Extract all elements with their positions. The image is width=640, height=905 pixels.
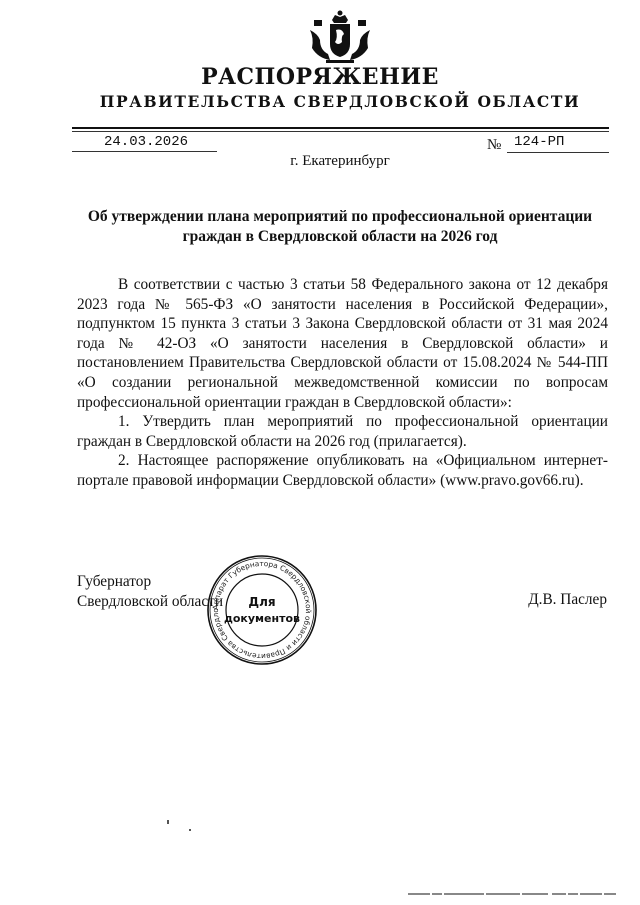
document-body: В соответствии с частью 3 статьи 58 Феде… <box>77 275 608 491</box>
header-divider-thin <box>72 131 609 132</box>
footer-print-line <box>408 884 618 890</box>
document-date: 24.03.2026 <box>104 134 188 150</box>
date-underline <box>72 151 217 152</box>
document-type: РАСПОРЯЖЕНИЕ <box>0 64 640 90</box>
preamble-paragraph: В соответствии с частью 3 статьи 58 Феде… <box>77 275 608 412</box>
document-title: Об утверждении плана мероприятий по проф… <box>80 207 600 247</box>
signatory-position-line2: Свердловской области <box>77 592 223 612</box>
item-paragraph-1: 1. Утвердить план мероприятий по професс… <box>77 412 608 451</box>
official-stamp: Аппарат Губернатора Свердловской области… <box>206 554 318 666</box>
document-issuer: ПРАВИТЕЛЬСТВА СВЕРДЛОВСКОЙ ОБЛАСТИ <box>0 92 640 111</box>
scan-mark <box>167 820 169 824</box>
signatory-position-line1: Губернатор <box>77 572 223 592</box>
number-sign: № <box>487 137 501 154</box>
document-city: г. Екатеринбург <box>0 153 640 170</box>
stamp-center-line2: документов <box>224 612 300 625</box>
document-number: 124-РП <box>514 134 564 150</box>
stamp-center-line1: Для <box>248 595 275 609</box>
signatory-position: Губернатор Свердловской области <box>77 572 223 611</box>
signatory-name: Д.В. Паслер <box>528 591 607 609</box>
item-paragraph-2: 2. Настоящее распоряжение опубликовать н… <box>77 451 608 490</box>
scan-mark <box>189 829 191 831</box>
header-divider <box>72 127 609 129</box>
coat-of-arms-icon <box>304 8 376 64</box>
